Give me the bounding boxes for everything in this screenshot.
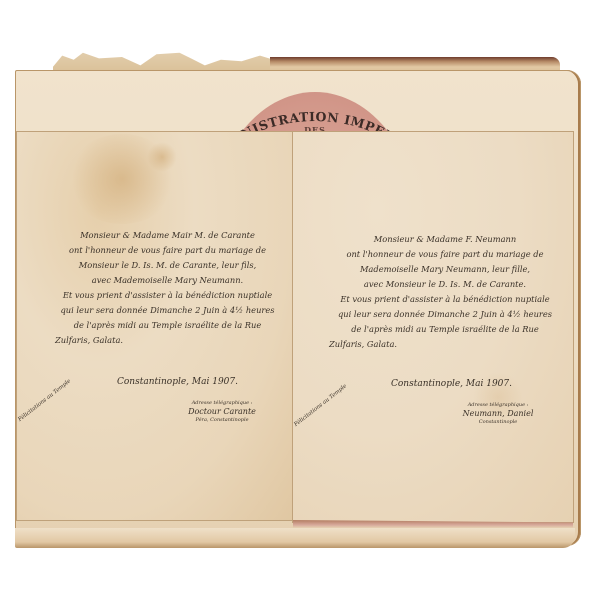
telegraphic-address: Adresse télégraphique : Doctour Carante … [167, 400, 277, 423]
telegram-name: Doctour Carante [167, 407, 277, 416]
diagonal-note: Félicitations au Temple [293, 383, 348, 428]
invitation-line: de l'après midi au Temple israélite de l… [329, 322, 561, 337]
invitation-line: Zulfaris, Galata. [55, 333, 280, 348]
invitation-text: Monsieur & Madame F. Neumann ont l'honne… [329, 232, 561, 352]
place-date: Constantinople, Mai 1907. [117, 377, 238, 387]
telegram-label: Adresse télégraphique : [167, 400, 277, 406]
invitation-line: Zulfaris, Galata. [329, 337, 561, 352]
telegraphic-address: Adresse télégraphique : Neumann, Daniel … [443, 402, 553, 425]
invitation-line: Monsieur & Madame Mair M. de Carante [55, 228, 280, 243]
wedding-announcement-card-left: Monsieur & Madame Mair M. de Carante ont… [17, 132, 292, 520]
diagonal-note: Félicitations au Temple [17, 378, 72, 423]
invitation-line: Et vous prient d'assister à la bénédicti… [55, 288, 280, 303]
invitation-line: de l'après midi au Temple israélite de l… [55, 318, 280, 333]
invitation-line: avec Monsieur le D. Is. M. de Carante. [329, 277, 561, 292]
invitation-line: ont l'honneur de vous faire part du mari… [55, 243, 280, 258]
invitation-line: qui leur sera donnée Dimanche 2 Juin à 4… [329, 307, 561, 322]
telegram-city: Constantinople [443, 419, 553, 425]
album-page-edge [15, 528, 575, 548]
burnt-edge [293, 520, 573, 528]
invitation-line: ont l'honneur de vous faire part du mari… [329, 247, 561, 262]
telegram-name: Neumann, Daniel [443, 409, 553, 418]
invitation-line: Et vous prient d'assister à la bénédicti… [329, 292, 561, 307]
invitation-line: qui leur sera donnée Dimanche 2 Juin à 4… [55, 303, 280, 318]
telegram-label: Adresse télégraphique : [443, 402, 553, 408]
water-stain [147, 142, 177, 172]
invitation-line: Monsieur & Madame F. Neumann [329, 232, 561, 247]
place-date: Constantinople, Mai 1907. [391, 379, 512, 389]
wedding-announcement-card-right: Monsieur & Madame F. Neumann ont l'honne… [293, 132, 573, 522]
antique-album: ADMINISTRATION IMPERIALE DES Monsieur & … [15, 50, 583, 550]
invitation-line: avec Mademoiselle Mary Neumann. [55, 273, 280, 288]
invitation-line: Mademoiselle Mary Neumann, leur fille, [329, 262, 561, 277]
telegram-city: Péra, Constantinople [167, 417, 277, 423]
invitation-text: Monsieur & Madame Mair M. de Carante ont… [55, 228, 280, 348]
invitation-line: Monsieur le D. Is. M. de Carante, leur f… [55, 258, 280, 273]
